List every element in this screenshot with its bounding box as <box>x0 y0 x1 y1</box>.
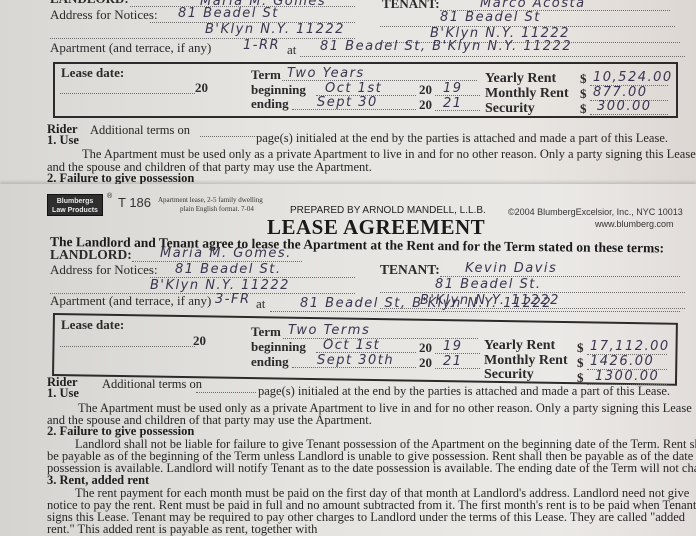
section-use-heading: 1. Use <box>47 133 79 148</box>
landlord-address-line1: 81 Beadel St <box>178 6 279 21</box>
apartment-address: 81 Beadel St, B'Klyn N.Y. 11222 <box>320 39 572 54</box>
landlord-name: Maria M. Gomes. <box>160 246 292 261</box>
landlord-address-line2: B'Klyn N.Y. 11222 <box>150 278 290 293</box>
beginning-year-prefix: 20 <box>419 82 432 98</box>
apartment-value: 3-FR <box>215 292 250 307</box>
ending-year-prefix: 20 <box>419 355 432 371</box>
address-label: Address for Notices: <box>50 262 158 278</box>
ending-year: 21 <box>443 354 463 369</box>
rider-text-start: Additional terms on <box>90 123 190 138</box>
term-value: Two Years <box>287 66 365 81</box>
yearly-rent-label: Yearly Rent <box>485 71 556 87</box>
ending-year-prefix: 20 <box>419 97 432 113</box>
apartment-address: 81 Beadel St, B'Klyn N.Y. 11222 <box>300 296 552 311</box>
lease-form-marco-acosta: LANDLORD: Maria M. Gomes TENANT: Marco A… <box>0 0 696 186</box>
tenant-address-line1: 81 Beadel St. <box>435 277 542 292</box>
term-value: Two Terms <box>288 323 370 338</box>
registered-mark: ® <box>107 193 112 200</box>
apartment-label: Apartment (and terrace, if any) <box>50 293 211 309</box>
section-rent-text-4: rent." This added rent is payable as ren… <box>47 522 317 536</box>
beginning-label: beginning <box>251 339 306 355</box>
at-label: at <box>256 296 265 312</box>
section-use-heading: 1. Use <box>47 386 79 401</box>
blumberg-logo: Blumbergs Law Products <box>47 194 103 216</box>
logo-line-2: Law Products <box>48 206 102 215</box>
monthly-rent-value: 877.00 <box>593 85 648 100</box>
security-label: Security <box>484 367 534 383</box>
form-description-line1: Apartment lease, 2-5 family dwelling <box>158 196 263 204</box>
beginning-value: Oct 1st <box>323 338 380 353</box>
address-label: Address for Notices: <box>50 7 158 23</box>
rider-text-start: Additional terms on <box>102 377 202 392</box>
currency-sign: $ <box>577 355 584 371</box>
tenant-address-line1: 81 Beadel St <box>440 10 541 25</box>
lease-date-year: 20 <box>193 333 206 349</box>
ending-value: Sept 30 <box>317 95 378 110</box>
ending-year: 21 <box>443 96 463 111</box>
tenant-label: TENANT: <box>380 262 440 278</box>
beginning-year: 19 <box>443 339 463 354</box>
security-value: 1300.00 <box>595 369 659 384</box>
monthly-rent-label: Monthly Rent <box>485 86 569 102</box>
lease-date-label: Lease date: <box>61 65 124 81</box>
website: www.blumberg.com <box>595 219 674 229</box>
lease-date-year: 20 <box>195 80 208 96</box>
at-label: at <box>287 42 296 58</box>
yearly-rent-value: 10,524.00 <box>593 70 673 85</box>
logo-line-1: Blumbergs <box>48 197 102 206</box>
landlord-label: LANDLORD: <box>50 247 132 263</box>
security-value: 300.00 <box>597 99 652 114</box>
rider-text-end: page(s) initialed at the end by the part… <box>258 384 670 399</box>
rider-text-end: page(s) initialed at the end by the part… <box>256 131 668 146</box>
ending-label: ending <box>251 96 289 112</box>
tenant-label: TENANT: <box>382 0 440 12</box>
currency-sign: $ <box>580 71 587 87</box>
lease-date-label: Lease date: <box>61 317 124 333</box>
currency-sign: $ <box>577 340 584 356</box>
form-number: T 186 <box>118 195 151 210</box>
yearly-rent-label: Yearly Rent <box>484 338 555 354</box>
beginning-year: 19 <box>443 81 463 96</box>
beginning-year-prefix: 20 <box>419 340 432 356</box>
apartment-value: 1-RR <box>243 38 280 53</box>
landlord-address-line2: B'Klyn N.Y. 11222 <box>205 22 345 37</box>
beginning-value: Oct 1st <box>325 81 382 96</box>
tenant-name: Kevin Davis <box>465 261 557 276</box>
copyright: ©2004 BlumbergExcelsior, Inc., NYC 10013 <box>508 207 683 217</box>
apartment-label: Apartment (and terrace, if any) <box>50 40 211 56</box>
term-label: Term <box>251 67 281 83</box>
currency-sign: $ <box>580 101 587 117</box>
landlord-address-line1: 81 Beadel St. <box>175 262 282 277</box>
ending-label: ending <box>251 354 289 370</box>
term-label: Term <box>251 324 281 340</box>
ending-value: Sept 30th <box>317 353 394 368</box>
form-description-line2: plain English format. 7-04 <box>180 205 254 213</box>
monthly-rent-value: 1426.00 <box>590 354 654 369</box>
yearly-rent-value: 17,112.00 <box>590 339 670 354</box>
security-label: Security <box>485 101 535 117</box>
landlord-label: LANDLORD: <box>50 0 129 7</box>
currency-sign: $ <box>580 86 587 102</box>
